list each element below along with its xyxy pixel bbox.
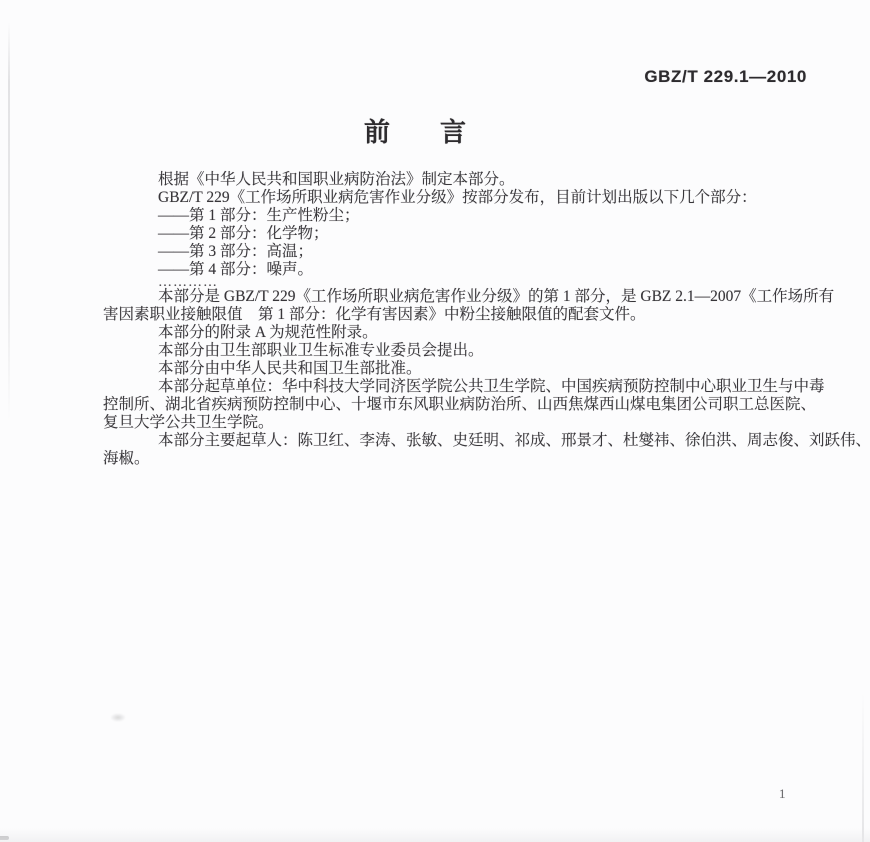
text-line: 控制所、湖北省疾病预防控制中心、十堰市东风职业病防治所、山西焦煤西山煤电集团公司… — [103, 396, 815, 414]
text-line: 本部分起草单位：华中科技大学同济医学院公共卫生学院、中国疾病预防控制中心职业卫生… — [103, 378, 815, 396]
scan-corner-mark-artifact — [0, 836, 9, 840]
text-line: 本部分由中华人民共和国卫生部批准。 — [103, 360, 815, 378]
text-line: 害因素职业接触限值 第 1 部分：化学有害因素》中粉尘接触限值的配套文件。 — [103, 306, 815, 324]
foreword-title: 前 言 — [0, 112, 830, 149]
foreword-title-char-2: 言 — [440, 112, 466, 149]
standard-number: GBZ/T 229.1—2010 — [644, 67, 807, 87]
scan-right-edge-artifact — [862, 692, 864, 842]
text-line: ——第 1 部分：生产性粉尘； — [103, 207, 815, 225]
text-line: 复旦大学公共卫生学院。 — [103, 414, 815, 432]
scan-left-edge-artifact — [8, 22, 10, 422]
scan-bottom-shade-artifact — [0, 828, 870, 842]
text-line: 本部分主要起草人：陈卫红、李涛、张敏、史廷明、祁成、邢景才、杜燮祎、徐伯洪、周志… — [103, 432, 815, 450]
text-line: 海椒。 — [103, 450, 815, 468]
scan-smudge-artifact — [110, 713, 126, 722]
foreword-body: 根据《中华人民共和国职业病防治法》制定本部分。GBZ/T 229《工作场所职业病… — [103, 171, 815, 468]
text-line: 本部分的附录 A 为规范性附录。 — [103, 324, 815, 342]
text-line: 根据《中华人民共和国职业病防治法》制定本部分。 — [103, 171, 815, 189]
page-number: 1 — [779, 786, 786, 802]
text-line: 本部分是 GBZ/T 229《工作场所职业病危害作业分级》的第 1 部分，是 G… — [103, 288, 815, 306]
scanned-document-page: GBZ/T 229.1—2010 前 言 根据《中华人民共和国职业病防治法》制定… — [0, 0, 870, 842]
text-line: ………… — [103, 279, 815, 288]
text-line: 本部分由卫生部职业卫生标准专业委员会提出。 — [103, 342, 815, 360]
text-line: ——第 3 部分：高温； — [103, 243, 815, 261]
foreword-title-char-1: 前 — [364, 112, 390, 149]
text-line: ——第 2 部分：化学物； — [103, 225, 815, 243]
text-line: GBZ/T 229《工作场所职业病危害作业分级》按部分发布，目前计划出版以下几个… — [103, 189, 815, 207]
